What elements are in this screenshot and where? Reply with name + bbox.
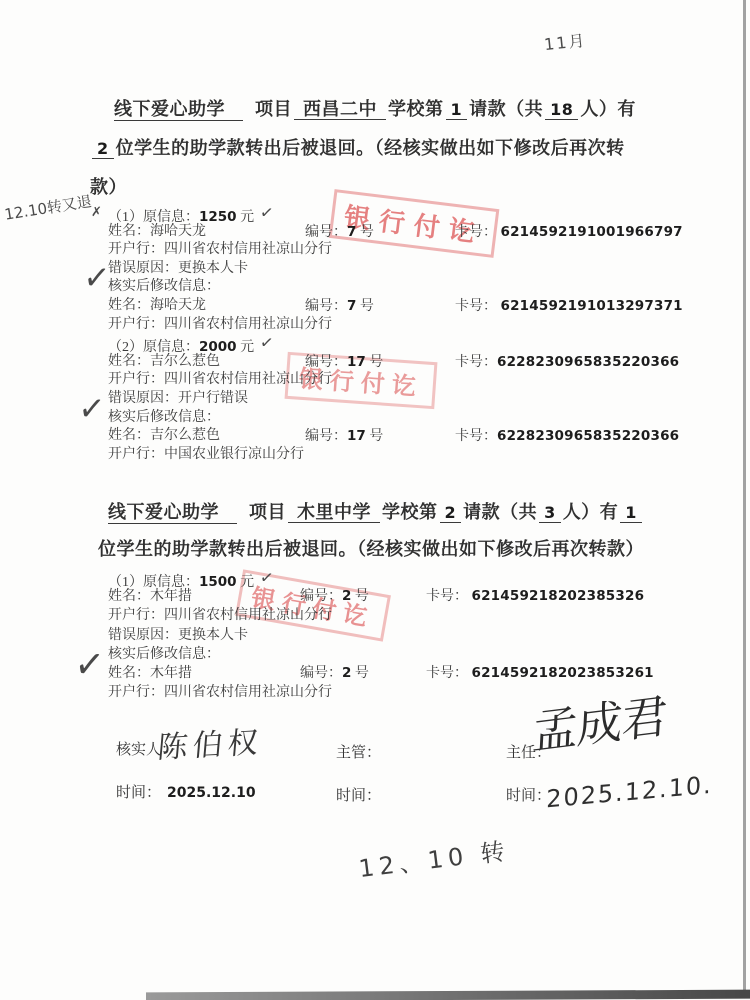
- heading-text: 位学生的助学款转出后被退回。（经核实做出如下修改后再次转款）: [98, 539, 644, 559]
- entry-bank-row: 开户行：四川省农村信用社凉山分行: [108, 241, 332, 260]
- student-name: 木年措: [150, 666, 192, 681]
- scanned-document-page: 11月 12.10转又退 ✗ ✓ ✓ ✓ 12、10 转 银行付讫 银行付讫 银…: [0, 0, 750, 1000]
- error-label: 错误原因：: [108, 391, 178, 406]
- time-label: 时间：: [116, 785, 161, 801]
- name-label: 姓名：: [108, 354, 150, 369]
- verifier-signature: 陈伯权: [156, 717, 265, 767]
- name-label: 姓名：: [108, 666, 150, 681]
- handwritten-margin-note: 12.10转又退: [3, 190, 93, 225]
- entry-name-row: 姓名：木年措编号：2 号卡号： 6214592182023853261: [108, 664, 332, 683]
- section1-heading: 线下爱心助学项目西昌二中学校第1请款（共18人）有2位学生的助学款转出后被退回。…: [90, 90, 642, 207]
- time-label: 时间：: [336, 788, 381, 804]
- entry-name-row: 姓名：海哈天龙编号：7 号卡号： 6214592191013297371: [108, 297, 332, 316]
- student-name: 海哈天龙: [150, 298, 206, 313]
- returned-count: 2: [92, 139, 114, 159]
- handwritten-check-mark: ✓: [72, 640, 106, 689]
- heading-text: 请款（共: [469, 99, 543, 119]
- bank-name: 四川省农村信用社凉山分行: [164, 608, 332, 623]
- program-name: 线下爱心助学: [114, 99, 243, 121]
- entry-name-row: 姓名：海哈天龙编号：7 号卡号： 6214592191001966797: [108, 223, 332, 242]
- page-right-edge-shadow: [743, 0, 746, 992]
- student-name: 吉尔么惹色: [150, 354, 220, 369]
- bank-name: 四川省农村信用社凉山分行: [164, 242, 332, 257]
- project-label: 项目: [249, 502, 286, 522]
- hao-label: 号: [369, 429, 383, 444]
- hao-label: 号: [360, 225, 374, 240]
- claim-number: 2: [440, 503, 462, 523]
- bank-label: 开户行：: [108, 242, 164, 257]
- card-number: 621459218202385326: [472, 588, 645, 604]
- no-label: 编号：: [305, 355, 347, 370]
- error-label: 错误原因：: [108, 261, 178, 276]
- card-label: 卡号：: [455, 355, 497, 370]
- student-no: 2: [342, 588, 351, 604]
- no-label: 编号：: [305, 429, 347, 444]
- heading-text: 请款（共: [463, 502, 537, 522]
- handwritten-month-note: 11月: [543, 28, 588, 55]
- error-reason: 开户行错误: [178, 391, 248, 406]
- handwritten-check-mark: ✓: [77, 388, 107, 431]
- verified-label: 核实后修改信息：: [108, 647, 220, 662]
- bank-label: 开户行：: [108, 447, 164, 462]
- heading-text: 位学生的助学款转出后被退回。（经核实做出如下修改后再次转款）: [90, 138, 625, 197]
- no-label: 编号：: [300, 589, 342, 604]
- bank-label: 开户行：: [108, 685, 164, 700]
- bank-label: 开户行：: [108, 317, 164, 332]
- page-bottom-edge-shadow: [146, 990, 750, 1000]
- returned-count: 1: [620, 503, 642, 523]
- bank-label: 开户行：: [108, 372, 164, 387]
- student-name: 海哈天龙: [150, 224, 206, 239]
- handwritten-check-mark: ✓: [259, 333, 275, 353]
- card-number: 6228230965835220366: [497, 354, 679, 370]
- bank-name: 四川省农村信用社凉山分行: [164, 317, 332, 332]
- hao-label: 号: [355, 589, 369, 604]
- no-label: 编号：: [305, 225, 347, 240]
- director-time-handwritten: 2025.12.10.: [546, 771, 713, 814]
- entry-bank-row: 开户行：四川省农村信用社凉山分行: [108, 606, 332, 625]
- director-signature: 孟成君: [531, 679, 669, 762]
- card-number: 6228230965835220366: [497, 428, 679, 444]
- entry-amount-line: （2）原信息：2000 元✓: [108, 334, 332, 353]
- entry-error-row: 错误原因：更换本人卡: [108, 626, 332, 645]
- supervisor-label: 主管：: [336, 741, 381, 762]
- student-no: 2: [342, 665, 351, 681]
- bank-name: 中国农业银行凉山分行: [164, 447, 304, 462]
- name-label: 姓名：: [108, 298, 150, 313]
- error-reason: 更换本人卡: [178, 628, 248, 643]
- people-count: 3: [539, 503, 561, 523]
- program-name: 线下爱心助学: [108, 502, 237, 524]
- entry-amount-line: （1）原信息：1250 元✓: [108, 204, 332, 223]
- bank-name: 四川省农村信用社凉山分行: [164, 685, 332, 700]
- verified-label: 核实后修改信息：: [108, 410, 220, 425]
- heading-text: 学校第: [382, 502, 438, 522]
- bank-name: 四川省农村信用社凉山分行: [164, 372, 332, 387]
- claim-number: 1: [446, 100, 468, 120]
- section2-heading: 线下爱心助学项目木里中学学校第2请款（共3人）有1位学生的助学款转出后被退回。（…: [98, 494, 654, 568]
- entry-bank-row: 开户行：中国农业银行凉山分行: [108, 446, 332, 465]
- verifier-time-value: 2025.12.10: [167, 785, 256, 801]
- entry-name-row: 姓名：吉尔么惹色编号：17 号卡号：6228230965835220366: [108, 427, 332, 446]
- card-number: 6214592191001966797: [501, 224, 683, 240]
- error-label: 错误原因：: [108, 628, 178, 643]
- verified-info-row: 核实后修改信息：: [108, 278, 332, 297]
- student-name: 木年措: [150, 589, 192, 604]
- heading-text: 人）有: [580, 99, 636, 119]
- section2-details: （1）原信息：1500 元✓ 姓名：木年措编号：2 号卡号： 621459218…: [108, 568, 332, 702]
- entry-bank-row: 开户行：四川省农村信用社凉山分行: [108, 683, 332, 702]
- name-label: 姓名：: [108, 224, 150, 239]
- student-no: 7: [347, 298, 356, 314]
- verifier-time-row: 时间：2025.12.10: [116, 781, 256, 802]
- no-label: 编号：: [300, 666, 342, 681]
- student-name: 吉尔么惹色: [150, 428, 220, 443]
- card-label: 卡号：: [426, 589, 468, 604]
- section1-details: （1）原信息：1250 元✓ 姓名：海哈天龙编号：7 号卡号： 62145921…: [108, 204, 332, 464]
- verified-label: 核实后修改信息：: [108, 279, 220, 294]
- director-time-row: 时间：: [506, 784, 551, 805]
- entry-bank-row: 开户行：四川省农村信用社凉山分行: [108, 316, 332, 335]
- hao-label: 号: [369, 355, 383, 370]
- bank-label: 开户行：: [108, 608, 164, 623]
- heading-text: 学校第: [388, 99, 444, 119]
- entry-error-row: 错误原因：开户行错误: [108, 390, 332, 409]
- entry-name-row: 姓名：吉尔么惹色编号：17 号卡号：6228230965835220366: [108, 353, 332, 372]
- handwritten-cross-mark: ✗: [91, 205, 102, 220]
- verified-info-row: 核实后修改信息：: [108, 645, 332, 664]
- student-no: 17: [347, 428, 366, 444]
- student-no: 17: [347, 354, 366, 370]
- error-reason: 更换本人卡: [178, 261, 248, 276]
- people-count: 18: [545, 100, 578, 120]
- handwritten-transfer-note: 12、10 转: [356, 831, 511, 884]
- student-no: 7: [347, 224, 356, 240]
- handwritten-check-mark: ✓: [259, 567, 275, 588]
- hao-label: 号: [360, 299, 374, 314]
- heading-text: 人）有: [563, 502, 619, 522]
- card-label: 卡号：: [455, 299, 497, 314]
- handwritten-check-mark: ✓: [259, 203, 275, 223]
- name-label: 姓名：: [108, 589, 150, 604]
- time-label: 时间：: [506, 788, 551, 804]
- entry-bank-row: 开户行：四川省农村信用社凉山分行: [108, 371, 332, 390]
- no-label: 编号：: [305, 299, 347, 314]
- entry-amount-line: （1）原信息：1500 元✓: [108, 568, 332, 587]
- card-number: 6214592182023853261: [472, 665, 654, 681]
- card-number: 6214592191013297371: [501, 298, 683, 314]
- hao-label: 号: [355, 666, 369, 681]
- school-name: 木里中学: [288, 502, 380, 523]
- school-name: 西昌二中: [294, 99, 386, 120]
- name-label: 姓名：: [108, 428, 150, 443]
- entry-name-row: 姓名：木年措编号：2 号卡号： 621459218202385326: [108, 587, 332, 606]
- verified-info-row: 核实后修改信息：: [108, 409, 332, 428]
- entry-error-row: 错误原因：更换本人卡: [108, 260, 332, 279]
- card-label: 卡号：: [455, 429, 497, 444]
- supervisor-time-row: 时间：: [336, 784, 381, 805]
- card-label: 卡号：: [455, 225, 497, 240]
- card-label: 卡号：: [426, 666, 468, 681]
- project-label: 项目: [255, 99, 292, 119]
